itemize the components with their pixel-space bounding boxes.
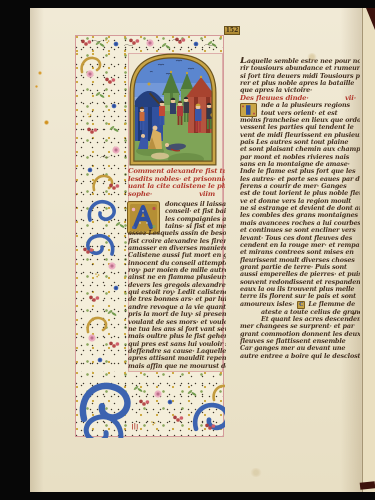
text-line: grant commotion donnent les deux [240,331,360,338]
text-line: levant· Tous ces dont fleuves des [240,235,360,242]
text-line: ferens a courir de mer· Ganges [240,183,360,190]
text-line: grant partie de terre· Puis sont [240,264,360,271]
text-line: devers les gregois alexandre du roy [128,282,226,289]
rubric-left: Comment alexandre fist tuerlesdits noble… [128,168,225,198]
text-line: tains· si fist et mesme [165,223,226,230]
text-line: Calistene aussi fut mort en gehenne [128,252,226,259]
text-line: cendent en la rouge mer· et rempans [240,242,360,249]
text-line: deffendre sa cause· Laquelle cruaulte [128,348,226,355]
text-line: qui pres est sans lui vouloir souffrir [128,341,226,348]
text-line: et mirans contrees sont mises en [240,249,360,256]
text-line: est de tout lorient le plus noble fleu [240,190,360,197]
text-line: vessent les parties qui tendent le [240,124,360,131]
rubric-right: Des fleuues dinde· vii· [240,95,360,103]
text-line: Comment alexandre fist tuer [128,168,225,176]
wax-stain-3 [44,120,49,125]
text-line: rer et plus noble apres la bataille [240,80,360,87]
miniature-painting [128,49,218,167]
right-text-column: Laquelle semble estre nee pour nourrir t… [240,57,360,360]
pilcrow-text-line: amoureux isles· C Le flemme de [240,301,360,309]
text-line: roy· par moien de mille autres mort ne c… [128,267,226,274]
text-line: mais oultre plus le fist gehenner· et [128,333,226,340]
text-line: pais Les autres sont tout plaine [240,139,360,146]
text-line: mais affin que ne mourust dessaisir [128,363,226,370]
text-line: ne tua les ans si fort vant seulement [128,326,226,333]
text-line: terre ils florent sur le pais et sont [240,293,360,300]
fleck-right-margin [352,312,355,315]
text-line: Car ganges mer au devant une [240,345,360,352]
text-line: tout vers orient· et est [261,110,360,117]
illuminated-initial-i [240,103,257,117]
text-line: ainst ne en flamma plusieurs honneurs [128,274,226,281]
parchment-page: 152 [30,8,375,492]
text-line: lesdits nobles· et prisonnier de [128,176,225,184]
text-line: les autres· et porte ses eaues par dif [240,176,360,183]
underlying-page-edge [362,8,375,492]
text-line: par mont et nobles rivieres nais [240,154,360,161]
rubric-right-text: Des fleuues dinde· [240,95,309,103]
rubric-left-chapter: viim [199,191,215,199]
text-line: andre revoque a la vie quant a [128,304,226,311]
text-line: mais avancees roches a lui courbes [240,220,360,227]
text-line: assez Lesquels assin de besongner leur [128,230,226,237]
text-line: rir tousiours abundance et rumeurs [240,65,360,72]
faint-stain-top-right [307,53,317,61]
rubric-left-end: sophe· [128,191,152,199]
text-line: pris la mort de luy· si presenterent en [128,311,226,318]
text-line: si fort tira deuers midi Tousiours plo [240,73,360,80]
right-column-chapter-body: nde a la plusieurs regionstout vers orie… [240,102,360,360]
wax-stain-1 [38,71,42,75]
text-line: sans en la montaigne de amase· [240,161,360,168]
text-line: innocent du conseil attempte contre le [128,260,226,267]
text-line: conseil· et fist bailler [165,208,226,215]
text-line: eaux la ou ils trouvent plus melle [240,286,360,293]
text-line: qui estoit roy· Ledit calistene estoit h… [128,289,226,296]
text-line: et sont plaisant chemin aux champs [240,146,360,153]
right-column-opening: Laquelle semble estre nee pour nourrir t… [240,57,360,95]
text-line: autre entree a boire qui le desclost [240,353,360,360]
folio-number-cartouche: 152 [224,26,240,35]
text-line: fist croire alexandre les firent par [128,238,226,245]
text-line: ve et donne vers la region moult [240,198,360,205]
text-line: vent de midi fleurissent en plusieurs [240,132,360,139]
rubric-left-last-line: sophe· viim [128,191,225,199]
text-line: moins francheise en lieux que ordonne [240,117,360,124]
wax-stain-2 [35,85,38,88]
rubric-right-chapter: vii· [345,95,356,103]
text-line: souvent redondissent et respandent [240,279,360,286]
text-line: mer changees se surprent· et par [240,323,360,330]
pilcrow-mark: C [297,301,305,309]
text-line: apres attisant mauldit repentance [128,355,226,362]
text-line: fleuves se flattissent ensemble [240,338,360,345]
text-line: fleurissent moult diverses choses [240,257,360,264]
text-line: les combles des grans montaignes [240,212,360,219]
pilcrow-post-text: Le flemme de [306,301,355,308]
text-line: de tres bonnes ars· et par lui fut alex [128,296,226,303]
text-line: ateste a toute celius de grandes· [261,309,360,316]
text-line: doncques il laissa le [165,201,226,208]
pilcrow-pre-text: amoureux isles· [240,301,296,308]
manuscript-photo: { "page": { "folio_number": "152", "type… [0,0,375,500]
red-fringe-marks [132,423,138,430]
text-line: et continues se sont encliner vers [240,227,360,234]
text-line: les compaignies a cer [165,216,226,223]
text-line: Laquelle semble estre nee pour nour [240,57,360,65]
text-line: voulant de ses mors· et vouloient le [128,319,226,326]
text-line: Et quant les acres descendent la [261,316,360,323]
text-line: aussi emperelles de pierres· et puis [240,271,360,278]
text-line: ne si estrange et devient de dont amal [240,205,360,212]
text-line: amasser en diverses manieres· [128,245,226,252]
faint-stain-bottom [250,468,262,477]
left-text-column: doncques il laissa leconseil· et fist ba… [128,201,226,370]
text-line: nde a la plusieurs regions [261,102,360,109]
text-line: Inde le flame est plus fort que les [240,168,360,175]
